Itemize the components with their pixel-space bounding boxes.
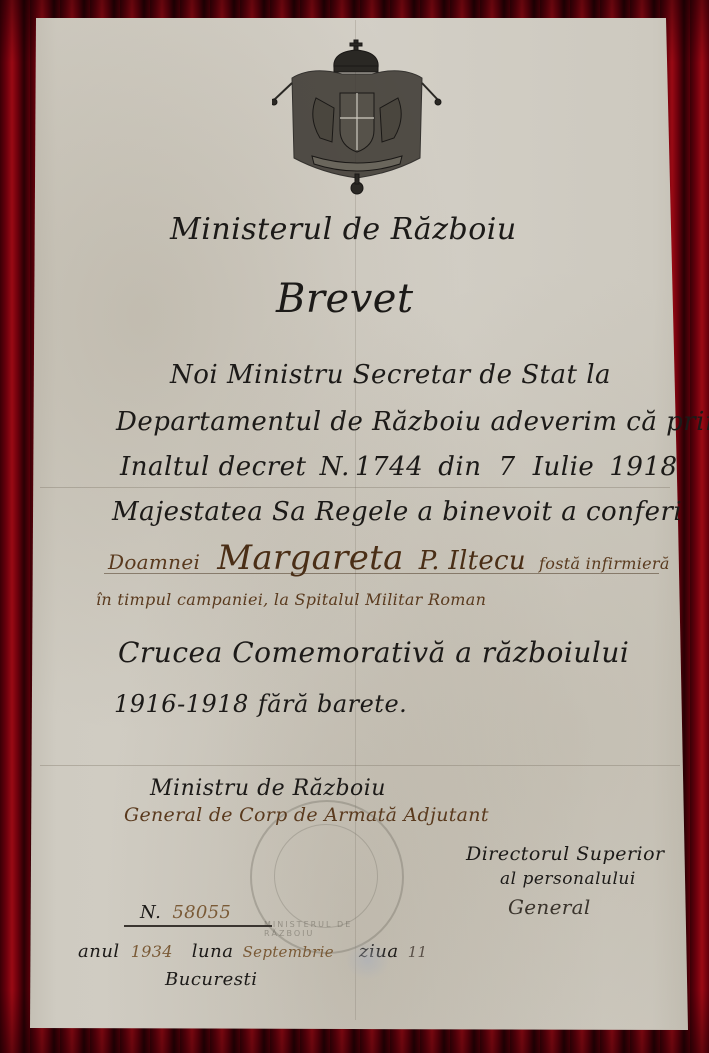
body-line-2: Departamentul de Războiu adeverim că pri…: [116, 407, 709, 437]
document-title: Brevet: [276, 276, 414, 322]
decree-number-label: N.: [320, 452, 350, 482]
registry-number-value: 58055: [172, 902, 231, 923]
recipient-underline: [104, 573, 659, 574]
registry-number-label: N.: [140, 902, 161, 923]
decree-year: 1918: [609, 452, 677, 482]
seal-inner-ring: [274, 824, 378, 928]
decree-number: 1744: [355, 452, 423, 482]
issue-city: Bucuresti: [165, 969, 257, 990]
month-label: luna: [192, 941, 234, 962]
recipient-name: Margareta: [217, 538, 403, 578]
award-line-2: 1916-1918 fără barete.: [114, 690, 407, 718]
award-clasp: fără barete.: [258, 690, 407, 718]
signature-left-signer: General de Corp de Armată Adjutant: [124, 804, 489, 826]
signature-right-title: Directorul Superior: [466, 843, 665, 865]
decree-din: din: [438, 452, 481, 482]
decree-day: 7: [499, 452, 516, 482]
day-value: 11: [408, 943, 428, 961]
recipient-role: fostă infirmieră: [539, 554, 670, 573]
decree-month: Iulie: [533, 452, 595, 482]
coat-of-arms-icon: [272, 38, 442, 198]
ministry-heading: Ministerul de Războiu: [170, 212, 517, 247]
award-name: Crucea Comemorativă a războiului: [118, 636, 629, 669]
paper-stain: [345, 940, 390, 980]
body-line-3: Inaltul decret N. 1744 din 7 Iulie 1918: [120, 452, 678, 482]
registry-number: N. 58055: [140, 902, 231, 923]
body-line-4: Majestatea Sa Regele a binevoit a confer…: [112, 497, 682, 527]
award-years: 1916-1918: [114, 690, 249, 718]
recipient-prefix: Doamnei: [108, 550, 200, 574]
body-line-1: Noi Ministru Secretar de Stat la: [170, 360, 611, 390]
recipient-surname: P. Iltecu: [419, 546, 526, 576]
registry-number-underline: [124, 925, 272, 927]
month-value: Septembrie: [243, 943, 334, 961]
year-label: anul: [78, 941, 120, 962]
signature-left-title: Ministru de Războiu: [150, 776, 386, 801]
decree-label: Inaltul decret: [120, 452, 306, 482]
year-value: 1934: [131, 942, 173, 961]
service-line: în timpul campaniei, la Spitalul Militar…: [96, 590, 486, 609]
seal-text: MINISTERUL DE RĂZBOIU: [264, 920, 402, 938]
paper-fold-line: [40, 765, 680, 766]
signature-right-subtitle: al personalului: [500, 869, 636, 889]
signature-right-signer: General: [508, 895, 591, 919]
recipient-line: Doamnei Margareta P. Iltecu fostă infirm…: [108, 538, 670, 578]
